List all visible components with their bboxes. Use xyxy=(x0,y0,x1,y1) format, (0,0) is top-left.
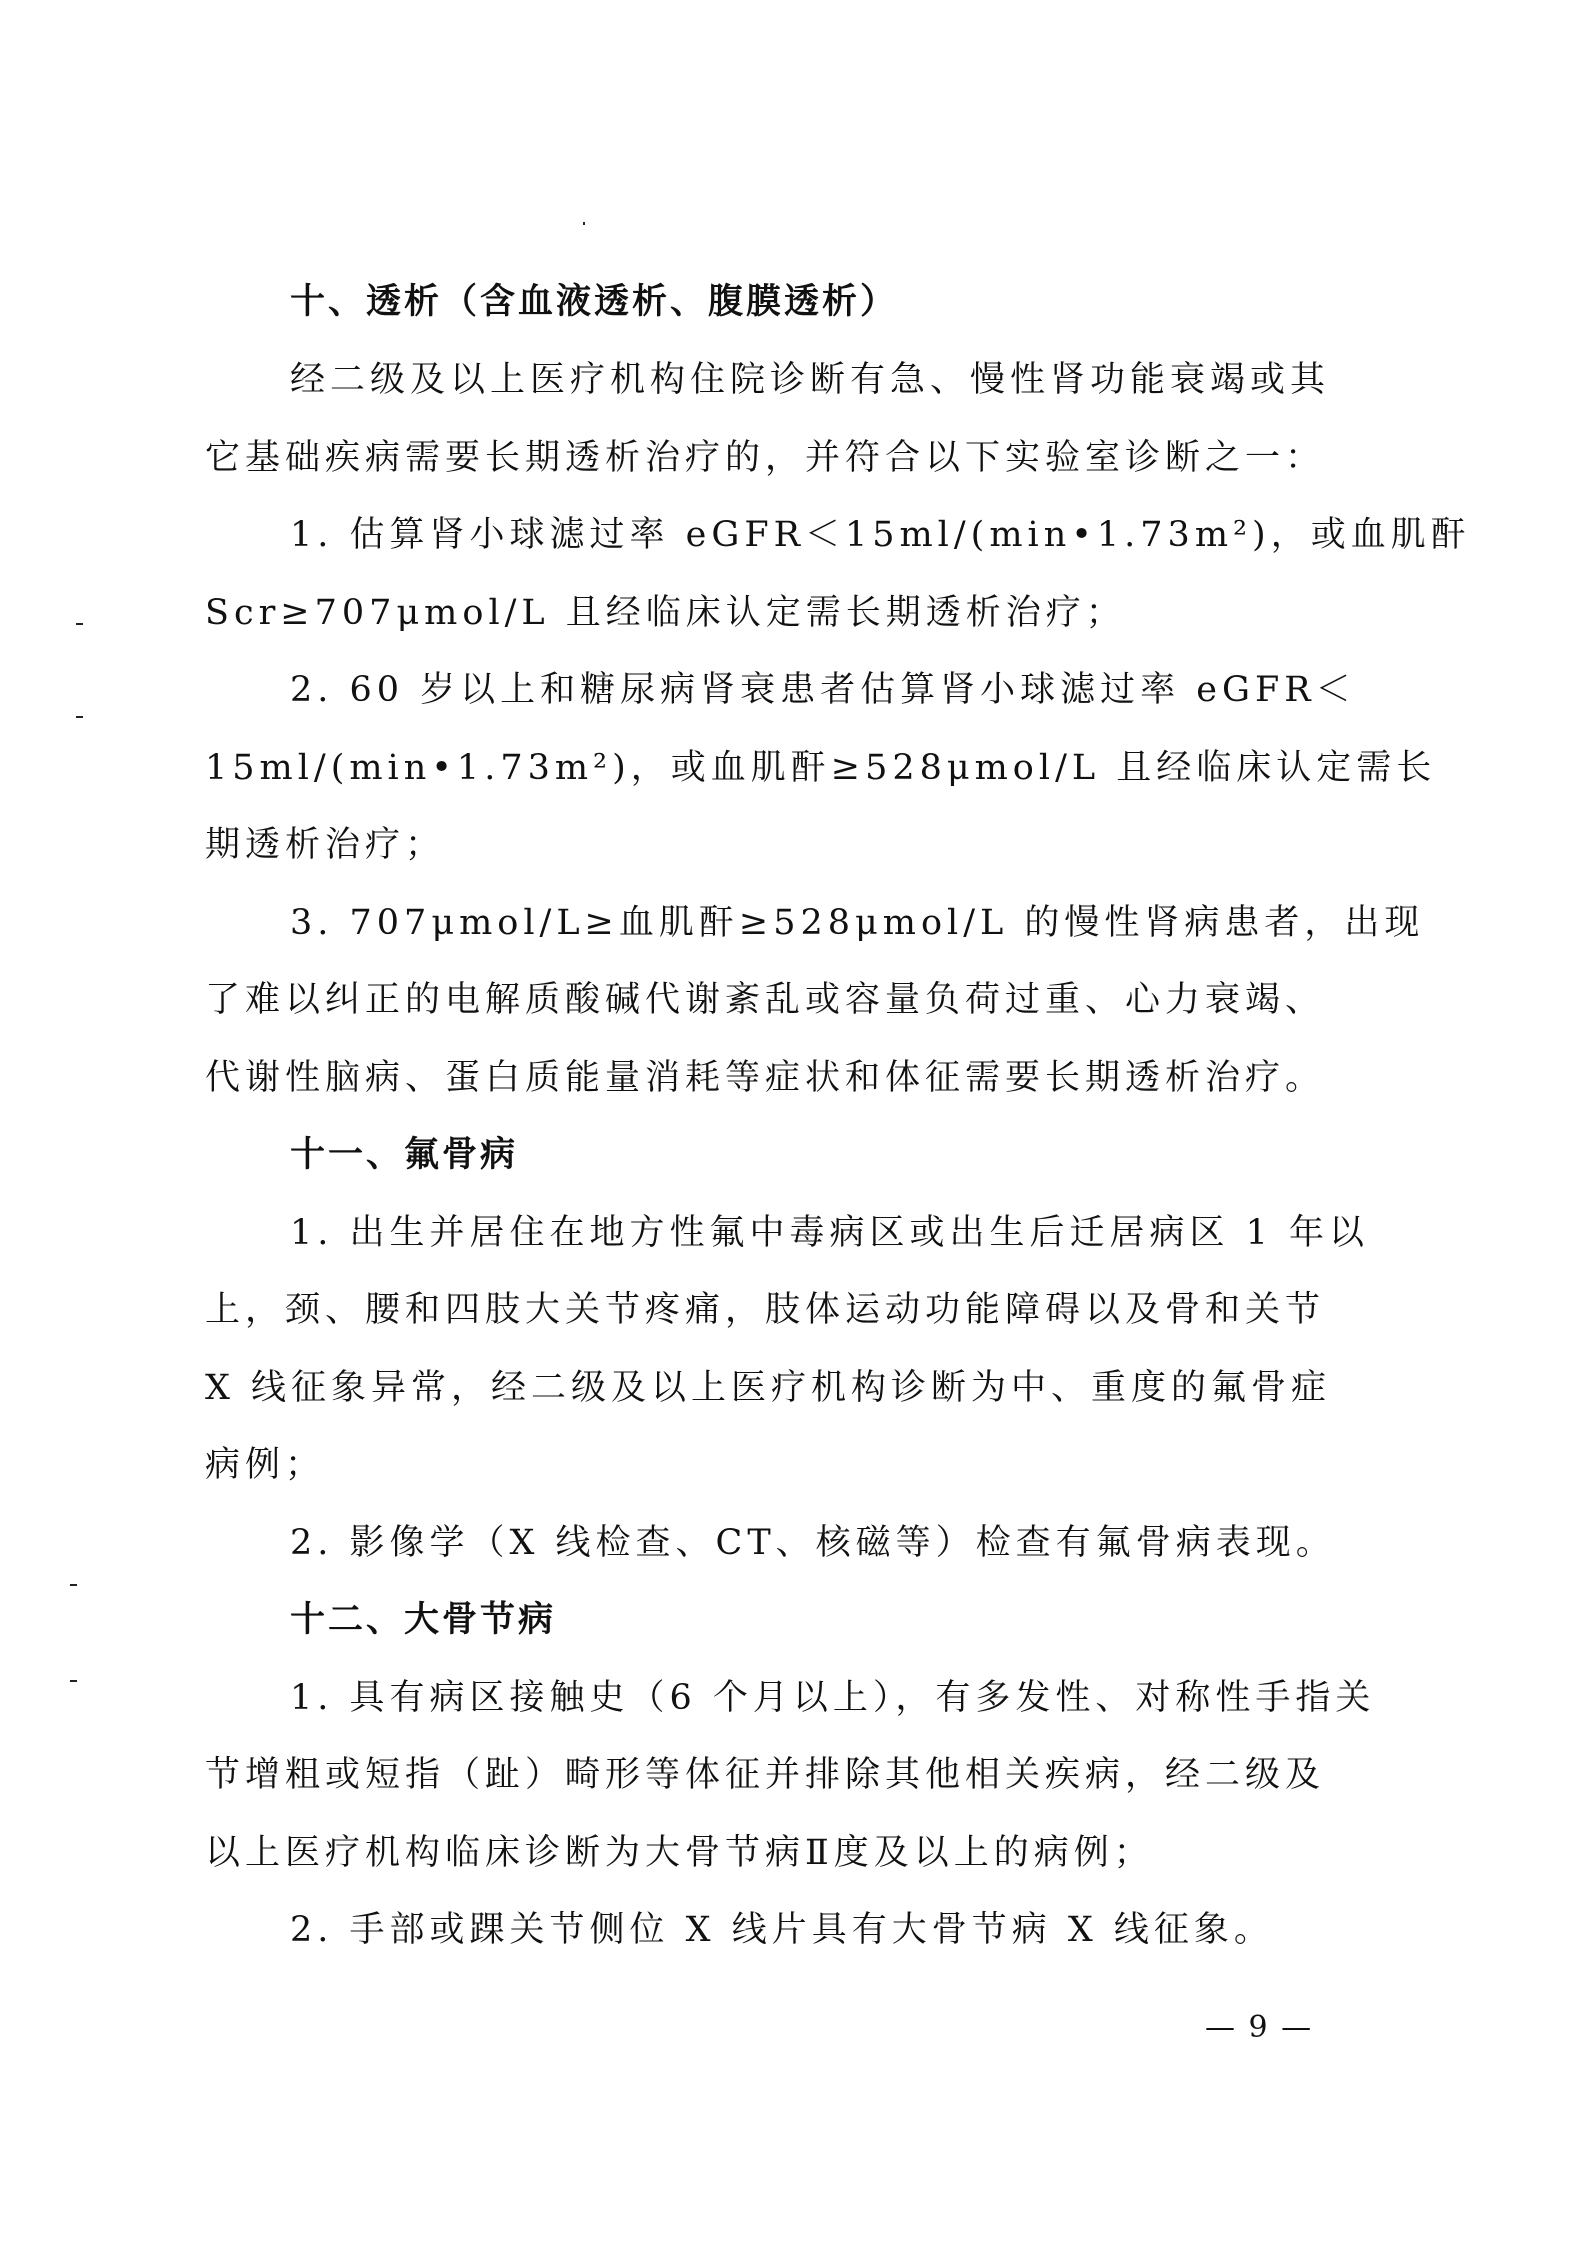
paragraph-line: 节增粗或短指（趾）畸形等体征并排除其他相关疾病，经二级及 xyxy=(205,1745,1375,1805)
paragraph-line: X 线征象异常，经二级及以上医疗机构诊断为中、重度的氟骨症 xyxy=(205,1358,1375,1418)
paragraph-line: 期透析治疗； xyxy=(205,815,1375,875)
paragraph-line: 1. 具有病区接触史（6 个月以上），有多发性、对称性手指关 xyxy=(290,1668,1375,1728)
paragraph-line: 经二级及以上医疗机构住院诊断有急、慢性肾功能衰竭或其 xyxy=(290,350,1375,410)
paragraph-line: 1. 出生并居住在地方性氟中毒病区或出生后迁居病区 1 年以 xyxy=(290,1203,1375,1263)
scan-speck xyxy=(76,623,83,625)
section-heading-skeletal-fluorosis: 十一、氟骨病 xyxy=(290,1125,1375,1185)
paragraph-line: 它基础疾病需要长期透析治疗的，并符合以下实验室诊断之一： xyxy=(205,428,1375,488)
paragraph-line: 2. 手部或踝关节侧位 X 线片具有大骨节病 X 线征象。 xyxy=(290,1900,1375,1960)
scan-speck xyxy=(583,222,585,225)
paragraph-line: 1. 估算肾小球滤过率 eGFR＜15ml/(min•1.73m²)，或血肌酐 xyxy=(290,505,1375,565)
paragraph-line: 代谢性脑病、蛋白质能量消耗等症状和体征需要长期透析治疗。 xyxy=(205,1048,1375,1108)
paragraph-line: 以上医疗机构临床诊断为大骨节病Ⅱ度及以上的病例； xyxy=(205,1823,1375,1883)
paragraph-line: 了难以纠正的电解质酸碱代谢紊乱或容量负荷过重、心力衰竭、 xyxy=(205,970,1375,1030)
paragraph-line: 病例； xyxy=(205,1435,1375,1495)
section-heading-dialysis: 十、透析（含血液透析、腹膜透析） xyxy=(290,272,1375,332)
paragraph-line: 15ml/(min•1.73m²)，或血肌酐≥528μmol/L 且经临床认定需… xyxy=(205,738,1375,798)
scan-speck xyxy=(70,1680,77,1682)
paragraph-line: 2. 影像学（X 线检查、CT、核磁等）检查有氟骨病表现。 xyxy=(290,1513,1375,1573)
page-number: — 9 — xyxy=(1205,2008,1313,2048)
document-page: 十、透析（含血液透析、腹膜透析） 经二级及以上医疗机构住院诊断有急、慢性肾功能衰… xyxy=(0,0,1586,2245)
section-heading-kashin-beck-disease: 十二、大骨节病 xyxy=(290,1590,1375,1650)
paragraph-line: 2. 60 岁以上和糖尿病肾衰患者估算肾小球滤过率 eGFR＜ xyxy=(290,660,1375,720)
paragraph-line: 3. 707μmol/L≥血肌酐≥528μmol/L 的慢性肾病患者，出现 xyxy=(290,893,1375,953)
scan-speck xyxy=(76,716,83,718)
paragraph-line: Scr≥707μmol/L 且经临床认定需长期透析治疗； xyxy=(205,583,1375,643)
paragraph-line: 上，颈、腰和四肢大关节疼痛，肢体运动功能障碍以及骨和关节 xyxy=(205,1280,1375,1340)
scan-speck xyxy=(70,1584,77,1586)
